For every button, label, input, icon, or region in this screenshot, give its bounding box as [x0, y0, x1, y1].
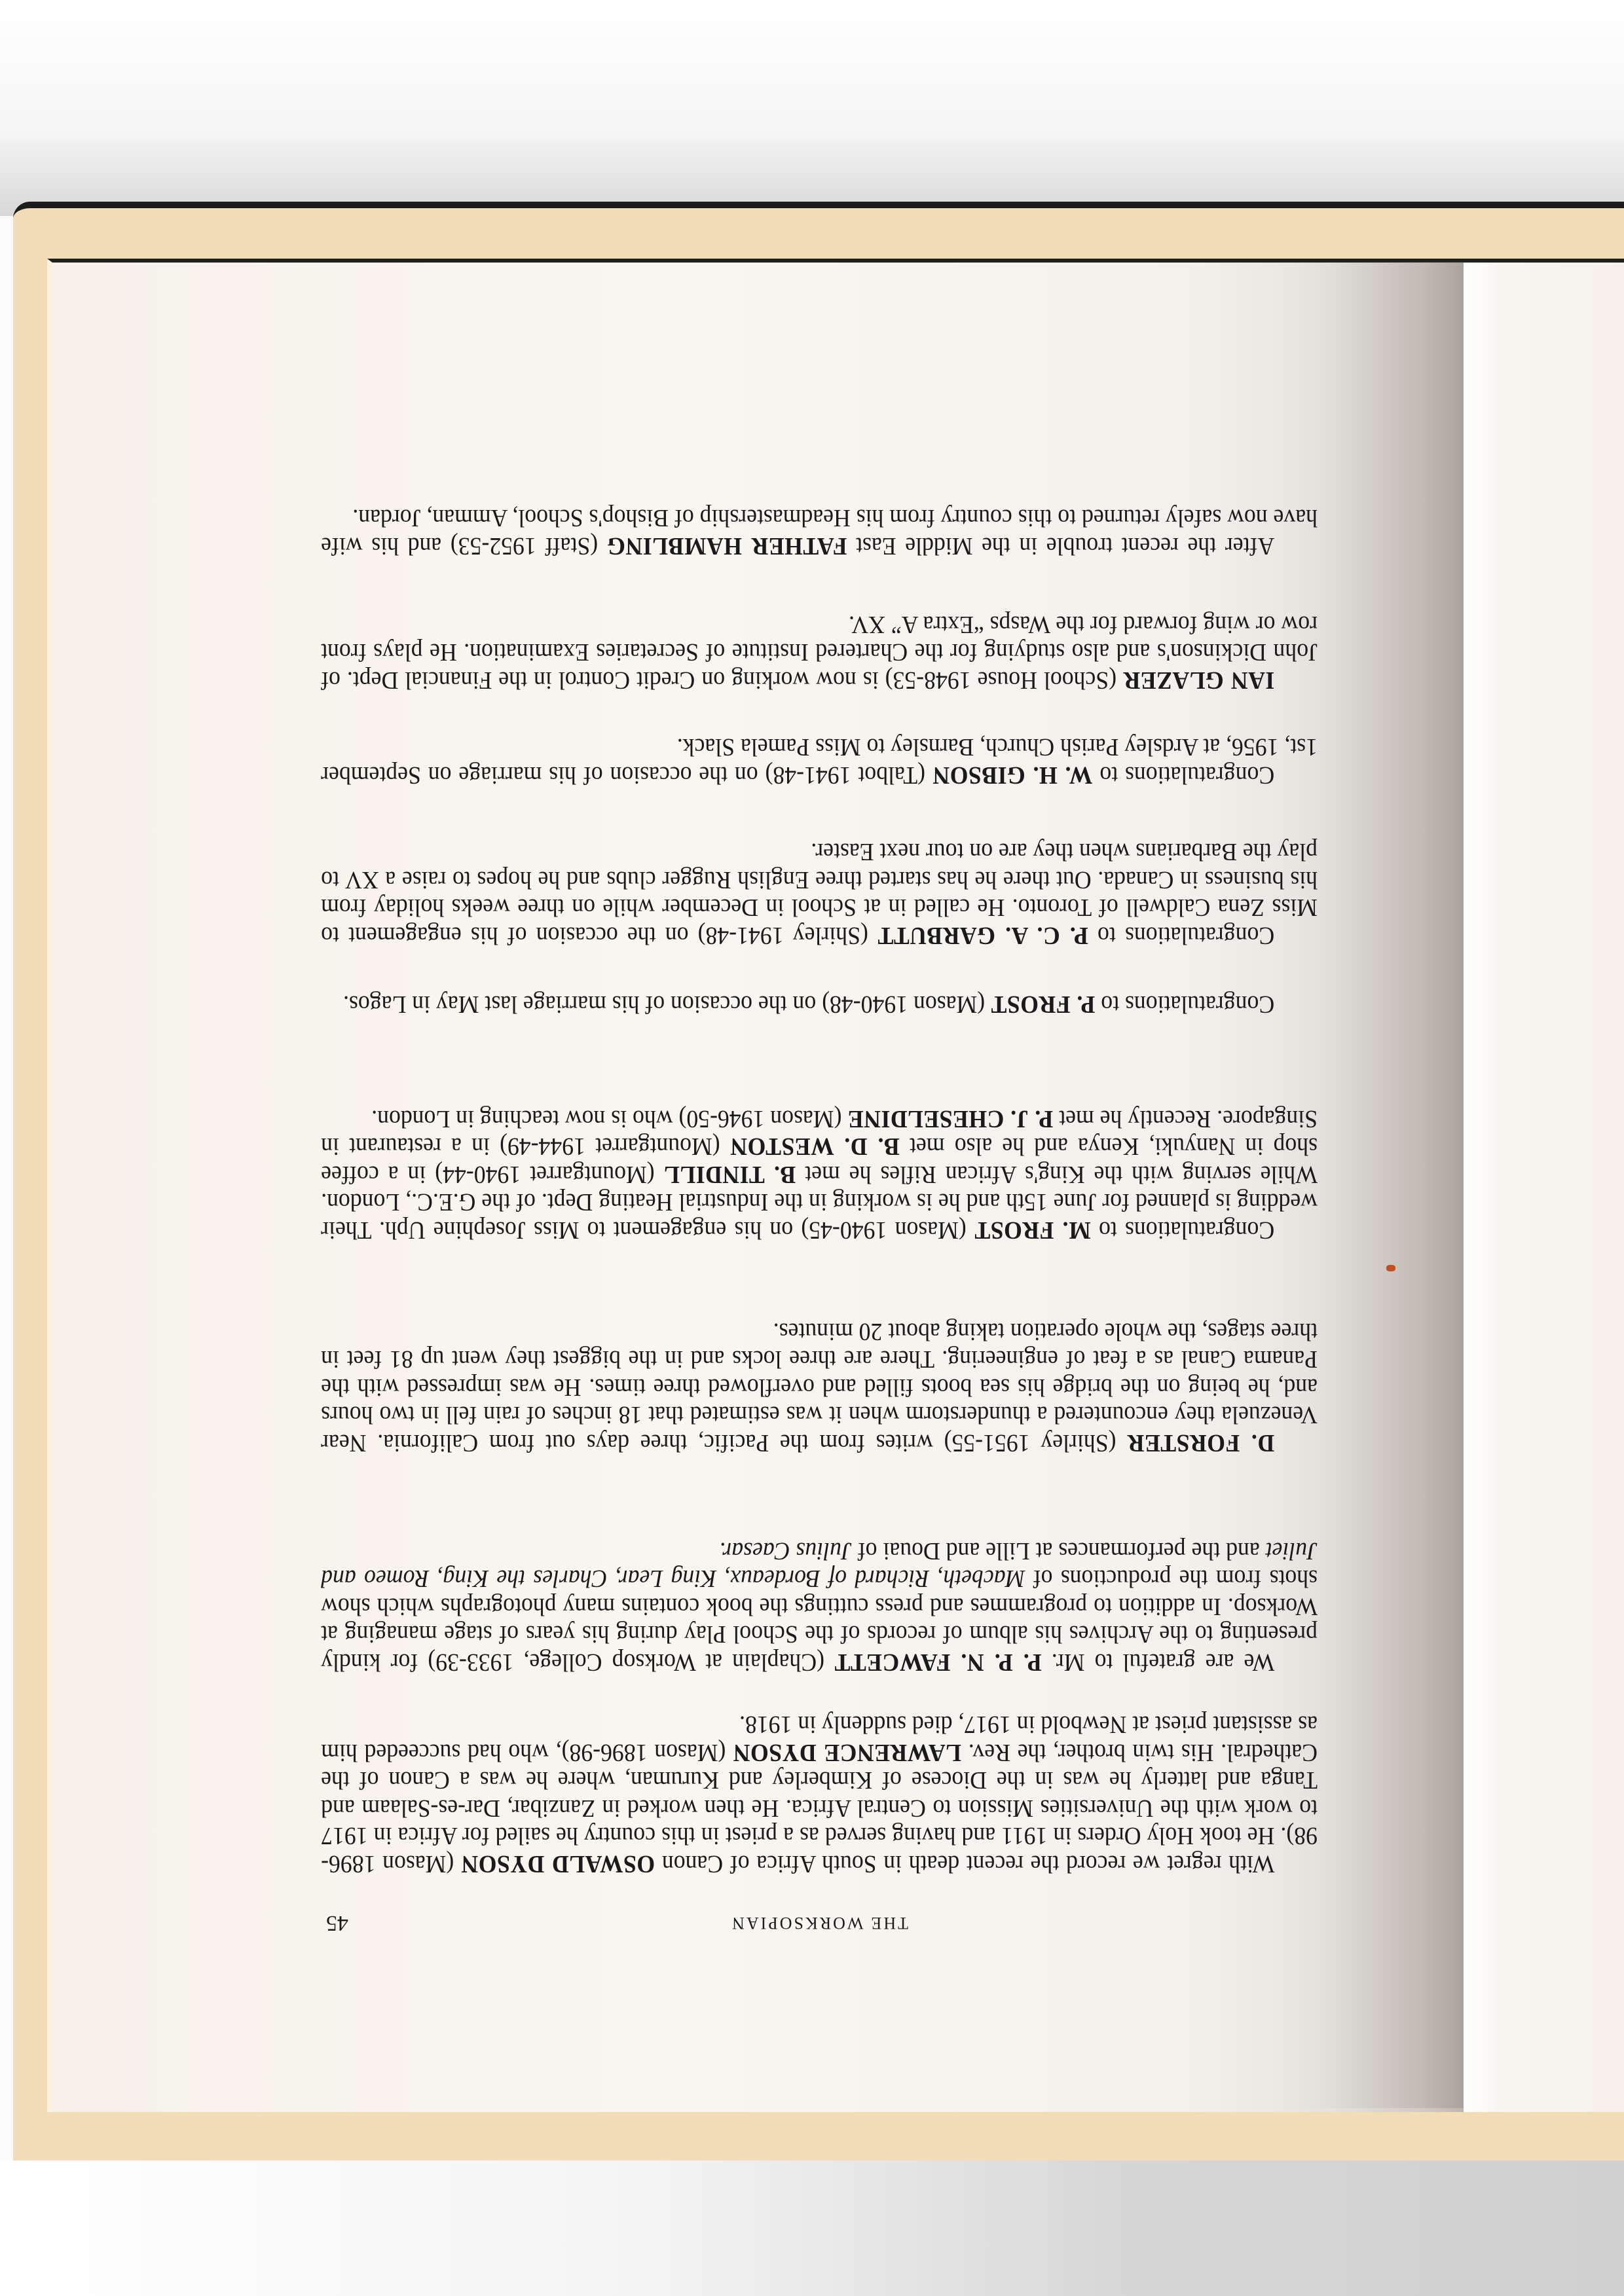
journal-title: THE WORKSOPIAN	[321, 1913, 1318, 1933]
person-name: D. FORSTER	[1127, 1429, 1274, 1457]
person-name: B. D. WESTON	[730, 1133, 900, 1160]
paragraph-text: Congratulations to	[1095, 991, 1274, 1018]
paragraph-text: We are grateful to Mr.	[1042, 1649, 1274, 1676]
paragraph-text: Congratulations to	[1091, 1216, 1274, 1244]
person-name: P. FROST	[991, 991, 1095, 1018]
person-name: B. TINDILL	[664, 1161, 796, 1188]
person-name: FATHER HAMBLING	[607, 532, 847, 560]
page-number: 45	[326, 1910, 348, 1935]
person-name: OSWALD DYSON	[461, 1850, 655, 1878]
paper-stain-spot	[1386, 1265, 1395, 1271]
paragraph-forster: D. FORSTER (Shirley 1951-55) writes from…	[321, 1317, 1318, 1457]
paragraph-hambling: After the recent trouble in the Middle E…	[321, 504, 1318, 560]
play-title: Julius Caesar.	[719, 1537, 851, 1565]
paragraph-fawcett: We are grateful to Mr. P. P. N. FAWCETT …	[321, 1537, 1318, 1676]
paragraph-text: (Mason 1940-48) on the occasion of his m…	[343, 991, 991, 1018]
paragraph-text: Congratulations to	[1092, 761, 1274, 789]
scanner-background-top	[0, 0, 1624, 216]
paragraph-text: Congratulations to	[1088, 922, 1274, 949]
scanner-background-bottom	[0, 2160, 1624, 2296]
gutter-shadow	[1297, 262, 1464, 2108]
paragraph-garbutt: Congratulations to P. C. A. GARBUTT (Shi…	[321, 838, 1318, 949]
person-name: P. C. A. GARBUTT	[877, 922, 1088, 949]
paragraph-text: and the performances at Lille and Douai …	[852, 1537, 1266, 1565]
paragraph-text: With regret we record the recent death i…	[655, 1850, 1274, 1878]
running-head: THE WORKSOPIAN 45	[321, 1906, 1318, 1933]
paragraph-p-frost: Congratulations to P. FROST (Mason 1940-…	[321, 990, 1318, 1018]
paragraph-glazer: IAN GLAZER (School House 1948-53) is now…	[321, 610, 1318, 694]
person-name: P. J. CHESELDINE	[847, 1105, 1053, 1133]
person-name: M. FROST	[974, 1216, 1091, 1244]
person-name: LAWRENCE DYSON	[733, 1739, 961, 1766]
person-name: W. H. GIBSON	[932, 761, 1092, 789]
person-name: IAN GLAZER	[1123, 666, 1274, 694]
paragraph-m-frost: Congratulations to M. FROST (Mason 1940-…	[321, 1104, 1318, 1244]
paragraph-text: After the recent trouble in the Middle E…	[847, 532, 1274, 560]
facing-page-strip	[1464, 259, 1624, 2112]
paragraph-dyson: With regret we record the recent death i…	[321, 1710, 1318, 1878]
paragraph-gibson: Congratulations to W. H. GIBSON (Talbot …	[321, 733, 1318, 789]
paragraph-text: (Mason 1946-50) who is now teaching in L…	[371, 1105, 847, 1133]
person-name: P. P. N. FAWCETT	[834, 1649, 1042, 1676]
rotated-text-block: THE WORKSOPIAN 45 With regret we record …	[321, 452, 1318, 1938]
